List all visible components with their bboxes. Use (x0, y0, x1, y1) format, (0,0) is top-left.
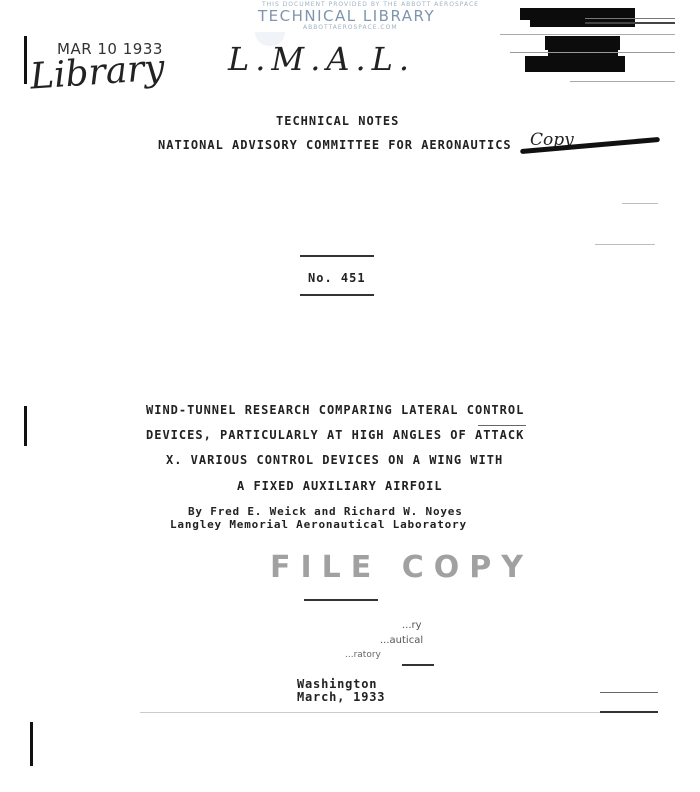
scan-artifact-line (140, 712, 620, 713)
series-heading: TECHNICAL NOTES (276, 114, 399, 128)
attack-overline (478, 425, 526, 426)
stamp-rule (304, 599, 378, 601)
author-byline: By Fred E. Weick and Richard W. Noyes (188, 505, 463, 518)
scan-artifact-line (595, 244, 655, 245)
note-number: No. 451 (308, 271, 366, 285)
file-copy-stamp: FILE COPY (270, 550, 533, 585)
scan-artifact-line (600, 711, 658, 713)
margin-mark (24, 36, 27, 84)
stamp-fragment: ...ratory (345, 650, 381, 660)
watermark-url: ABBOTTAEROSPACE.COM (303, 24, 398, 31)
title-line-4: A FIXED AUXILIARY AIRFOIL (237, 479, 443, 493)
handwritten-initials: L.M.A.L. (228, 40, 415, 78)
title-line-1: WIND-TUNNEL RESEARCH COMPARING LATERAL C… (146, 403, 524, 417)
author-affiliation: Langley Memorial Aeronautical Laboratory (170, 518, 467, 531)
title-line-2: DEVICES, PARTICULARLY AT HIGH ANGLES OF … (146, 428, 524, 442)
scan-artifact-line (622, 203, 658, 204)
number-rule-top (300, 255, 374, 257)
redacted-stamp-area (470, 0, 700, 90)
publication-place: Washington (297, 677, 377, 691)
organization-heading: NATIONAL ADVISORY COMMITTEE FOR AERONAUT… (158, 138, 512, 152)
title-line-3: X. VARIOUS CONTROL DEVICES ON A WING WIT… (166, 453, 503, 467)
margin-mark (24, 406, 27, 446)
scan-artifact-line (600, 692, 658, 693)
stamp-rule-small (402, 664, 434, 666)
stamp-fragment: ...autical (380, 635, 423, 646)
publication-date: March, 1933 (297, 690, 385, 704)
margin-mark (30, 722, 33, 766)
number-rule-bottom (300, 294, 374, 296)
stamp-fragment: ...ry (402, 620, 422, 631)
watermark-library: TECHNICAL LIBRARY (258, 7, 435, 25)
handwritten-library-note: Library (29, 47, 166, 97)
